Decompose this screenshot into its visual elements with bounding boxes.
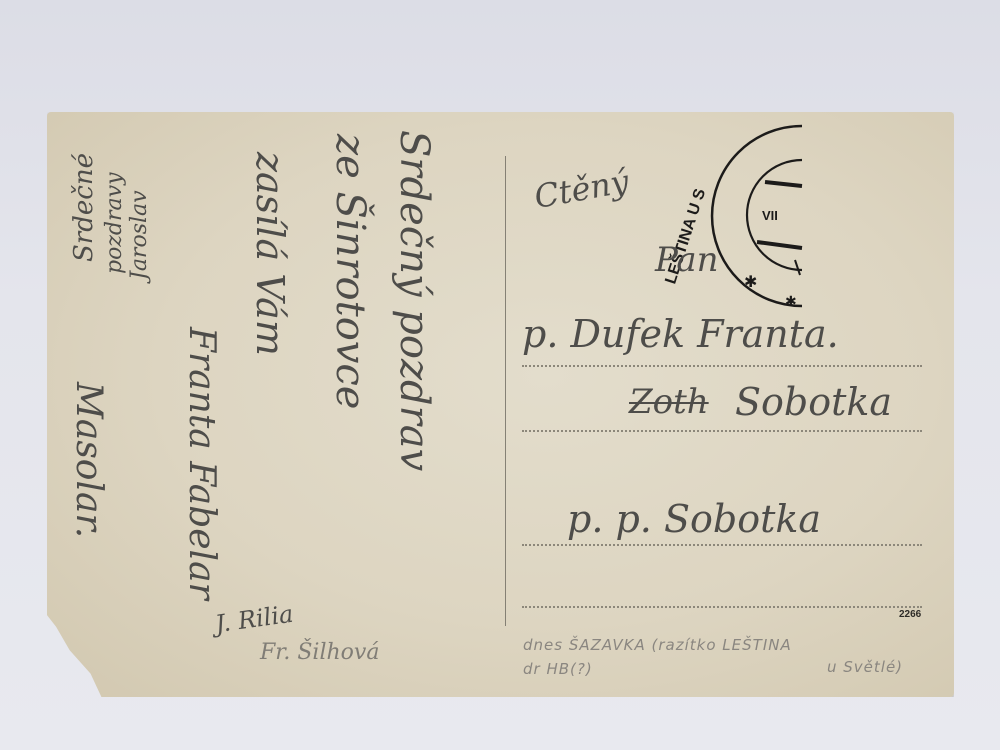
corner-note-line-2: pozdravy — [102, 173, 127, 275]
title-text: Pan — [655, 240, 719, 280]
address-line-2 — [522, 430, 922, 432]
pencil-annotation-line-1: dnes ŠAZAVKA (razítko LEŠTINA — [523, 636, 792, 654]
postmark-star-icon: ✱ — [744, 272, 757, 292]
postmark-date: VII — [762, 208, 778, 223]
struck-text: Zoth — [629, 382, 709, 422]
message-column-4: Franta Fabelar — [181, 327, 222, 600]
address-line-3 — [522, 544, 922, 546]
message-column-5: Masolar. — [68, 382, 109, 538]
postcard-back: LEŠTINA U S VII ✱ ✱ Ctěný Pan p. Dufek F… — [47, 112, 954, 697]
corner-note-line-1: Srdečné — [69, 153, 99, 262]
signature-2: Fr. Šilhová — [260, 640, 379, 665]
address-line-4 — [522, 606, 922, 608]
salutation-text: Ctěný — [531, 162, 631, 216]
address-line-1 — [522, 365, 922, 367]
pencil-annotation-line-2: dr HB(?) — [523, 660, 593, 678]
recipient-name: p. Dufek Franta. — [522, 312, 839, 356]
recipient-post: p. p. Sobotka — [567, 497, 821, 541]
pencil-annotation-line-3: u Světlé) — [827, 658, 903, 676]
recipient-town: Sobotka — [735, 380, 892, 424]
catalog-number: 2266 — [899, 609, 921, 620]
signature-1: J. Rilia — [213, 600, 295, 639]
postmark-stamp — [707, 120, 857, 310]
message-column-3: zasílá Vám — [248, 152, 292, 356]
postmark-star-icon: ✱ — [785, 294, 797, 311]
message-column-2: ze Šinrotovce — [327, 134, 373, 409]
message-column-1: Srdečný pozdrav — [391, 130, 437, 471]
corner-note-line-3: Jaroslav — [127, 190, 152, 280]
center-divider-line — [505, 156, 506, 626]
